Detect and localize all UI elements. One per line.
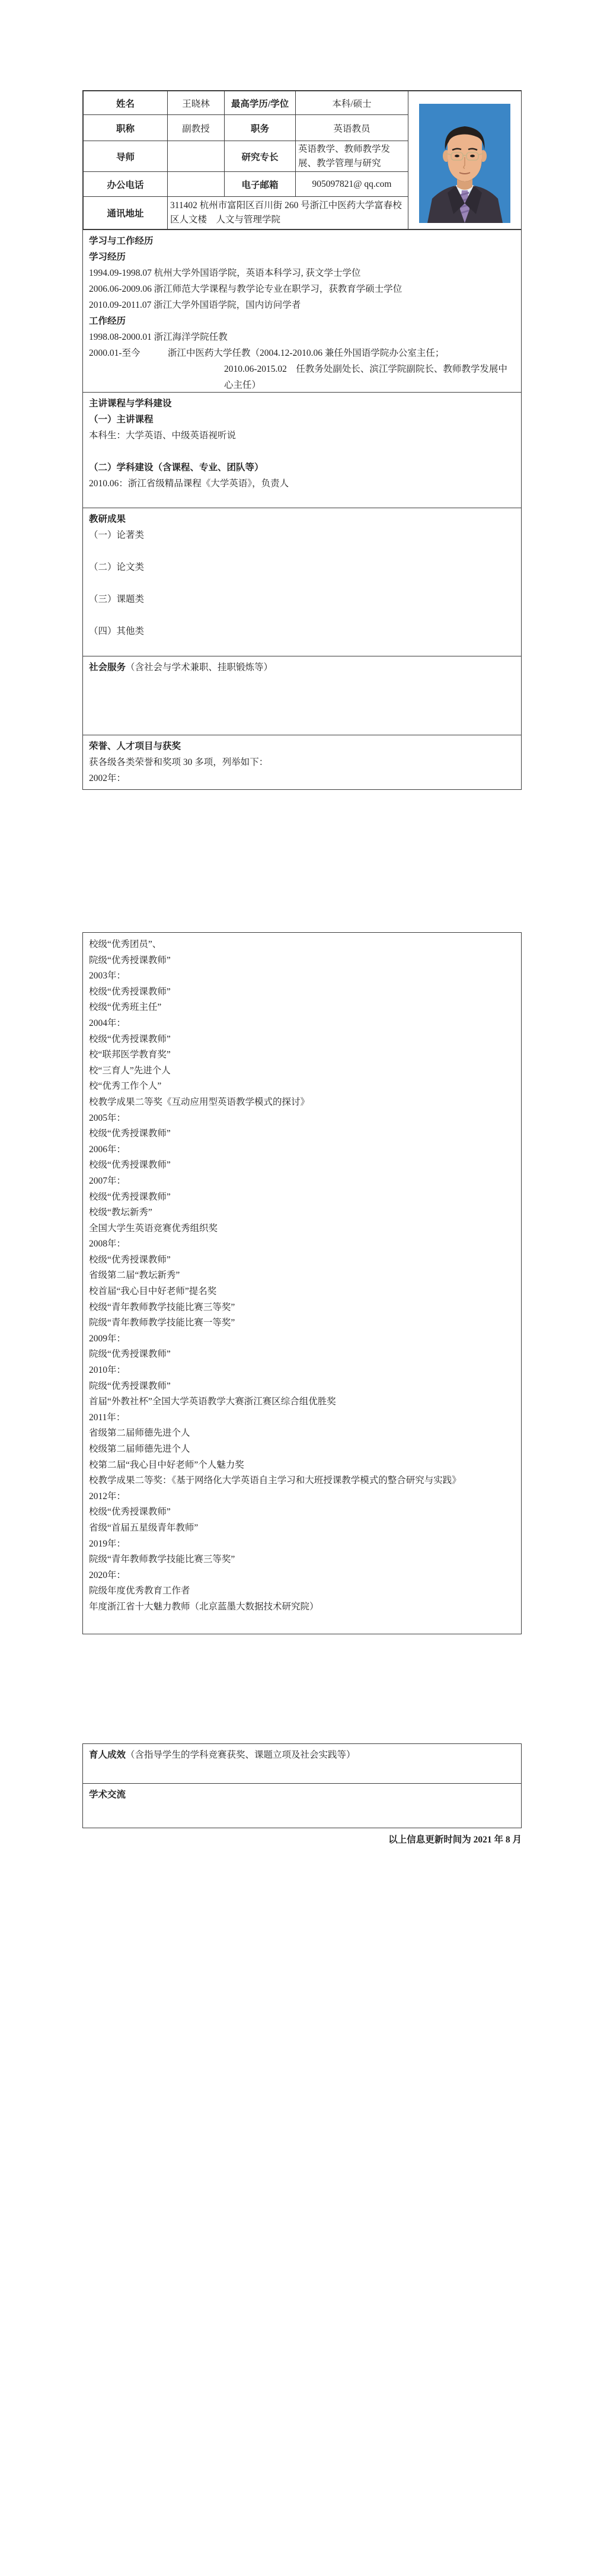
page2-honors-continued: 校级“优秀团员”、院级“优秀授课教师”2003年：校级“优秀授课教师”校级“优秀… <box>82 932 522 1634</box>
section-title: 社会服务 <box>89 662 126 672</box>
text-line: 校级“优秀授课教师” <box>89 1032 515 1048</box>
text-line: 2019年： <box>89 1536 515 1552</box>
text-line <box>89 543 515 559</box>
text-line: 2004年： <box>89 1016 515 1032</box>
text-line <box>89 444 515 460</box>
text-line: 校级“教坛新秀” <box>89 1205 515 1221</box>
text-line: 2003年： <box>89 968 515 984</box>
section-courses: 主讲课程与学科建设 （一）主讲课程本科生：大学英语、中级英语视听说（二）学科建设… <box>83 392 521 508</box>
section-title: 荣誉、人才项目与获奖 <box>89 738 515 754</box>
text-line: 2010.06-2015.02 任教务处副处长、滨江学院副院长、教师教学发展中 <box>89 361 515 377</box>
resume-sheet: 姓名 王晓林 最高学历/学位 本科/硕士 <box>0 0 607 2576</box>
text-line: 校级“优秀授课教师” <box>89 1252 515 1268</box>
degree-label: 最高学历/学位 <box>225 91 296 115</box>
section-title-note: （含指导学生的学科竞赛获奖、课题立项及社会实践等） <box>126 1750 356 1760</box>
text-line: 省级第二届“教坛新秀” <box>89 1268 515 1284</box>
text-line: 校教学成果二等奖《互动应用型英语教学模式的探讨》 <box>89 1095 515 1111</box>
text-line: 校级“优秀团员”、 <box>89 937 515 953</box>
text-line: 院级“青年教师教学技能比赛一等奖” <box>89 1315 515 1331</box>
text-line: 学习经历 <box>89 249 515 265</box>
text-line: 全国大学生英语竞赛优秀组织奖 <box>89 1221 515 1237</box>
mentor-value <box>168 141 225 172</box>
text-line: 校级第二届师德先进个人 <box>89 1442 515 1458</box>
text-line: 首届“外教社杯”全国大学英语教学大赛浙江赛区综合组优胜奖 <box>89 1394 515 1410</box>
title-value: 副教授 <box>168 115 225 141</box>
text-line: 校“优秀工作个人” <box>89 1079 515 1095</box>
text-line: 2002年： <box>89 770 515 786</box>
profile-photo <box>419 104 510 223</box>
text-line: 2010.09-2011.07 浙江大学外国语学院，国内访问学者 <box>89 297 515 313</box>
text-line: 校级“优秀授课教师” <box>89 1504 515 1520</box>
section-title: 育人成效 <box>89 1750 126 1760</box>
email-value: 905097821@ qq.com <box>296 172 408 197</box>
text-line: 校级“优秀授课教师” <box>89 1158 515 1174</box>
text-line: 2010年： <box>89 1363 515 1379</box>
text-line: 院级“优秀授课教师” <box>89 953 515 969</box>
text-line: 2006年： <box>89 1142 515 1158</box>
section-academic-exchange: 学术交流 <box>82 1784 522 1828</box>
text-line: 省级第二届师德先进个人 <box>89 1426 515 1442</box>
text-line: 2008年： <box>89 1236 515 1252</box>
section-title: 主讲课程与学科建设 <box>89 396 515 412</box>
section-body: 校级“优秀团员”、院级“优秀授课教师”2003年：校级“优秀授课教师”校级“优秀… <box>89 937 515 1615</box>
section-honors: 荣誉、人才项目与获奖 获各级各类荣誉和奖项 30 多项，列举如下：2002年： <box>83 735 521 789</box>
address-label: 通讯地址 <box>84 197 168 229</box>
text-line: 院级年度优秀教育工作者 <box>89 1583 515 1599</box>
text-line: （四）其他类 <box>89 623 515 639</box>
text-line: 获各级各类荣誉和奖项 30 多项，列举如下： <box>89 754 515 770</box>
text-line: 校级“青年教师教学技能比赛三等奖” <box>89 1300 515 1316</box>
text-line: 院级“优秀授课教师” <box>89 1379 515 1395</box>
text-line: 校级“优秀授课教师” <box>89 1190 515 1206</box>
text-line: 校“联邦医学教育奖” <box>89 1047 515 1063</box>
text-line <box>89 607 515 623</box>
section-study-work: 学习与工作经历 学习经历1994.09-1998.07 杭州大学外国语学院，英语… <box>83 229 521 392</box>
text-line: 2007年： <box>89 1174 515 1190</box>
title-label: 职称 <box>84 115 168 141</box>
text-line: 2010.06：浙江省级精品课程《大学英语》，负责人 <box>89 476 515 492</box>
photo-cell <box>408 91 522 229</box>
degree-value: 本科/硕士 <box>296 91 408 115</box>
text-line: 校第二届“我心目中好老师”个人魅力奖 <box>89 1458 515 1474</box>
name-value: 王晓林 <box>168 91 225 115</box>
text-line: 校级“优秀班主任” <box>89 1000 515 1016</box>
text-line: 1998.08-2000.01 浙江海洋学院任教 <box>89 329 515 345</box>
profile-info-table: 姓名 王晓林 最高学历/学位 本科/硕士 <box>83 91 522 229</box>
text-line: 年度浙江省十大魅力教师（北京蓝墨大数据技术研究院） <box>89 1599 515 1615</box>
text-line: 2005年： <box>89 1111 515 1127</box>
text-line: 校级“优秀授课教师” <box>89 984 515 1000</box>
text-line: 2009年： <box>89 1331 515 1347</box>
update-time-note: 以上信息更新时间为 2021 年 8 月 <box>82 1832 522 1845</box>
text-line: （三）课题类 <box>89 591 515 607</box>
text-line: 校首届“我心目中好老师”提名奖 <box>89 1284 515 1300</box>
name-label: 姓名 <box>84 91 168 115</box>
phone-label: 办公电话 <box>84 172 168 197</box>
section-body: 学习经历1994.09-1998.07 杭州大学外国语学院，英语本科学习, 获文… <box>89 249 515 392</box>
text-line: 心主任） <box>89 377 515 392</box>
post-value: 英语教员 <box>296 115 408 141</box>
address-value: 311402 杭州市富阳区百川街 260 号浙江中医药大学富春校区人文楼 人文与… <box>168 197 408 229</box>
text-line <box>89 575 515 591</box>
text-line: 2012年： <box>89 1489 515 1505</box>
section-title-note: （含社会与学术兼职、挂职锻炼等） <box>126 662 273 672</box>
text-line: 2000.01-至今 浙江中医药大学任教（2004.12-2010.06 兼任外… <box>89 345 515 361</box>
text-line: 校“三育人”先进个人 <box>89 1063 515 1079</box>
text-line: 院级“青年教师教学技能比赛三等奖” <box>89 1552 515 1568</box>
text-line: 校级“优秀授课教师” <box>89 1126 515 1142</box>
section-title-line: 社会服务（含社会与学术兼职、挂职锻炼等） <box>89 659 515 675</box>
section-title: 学术交流 <box>89 1787 515 1803</box>
phone-value <box>168 172 225 197</box>
page3-table: 育人成效（含指导学生的学科竞赛获奖、课题立项及社会实践等） 学术交流 <box>82 1743 522 1828</box>
section-body: 获各级各类荣誉和奖项 30 多项，列举如下：2002年： <box>89 754 515 786</box>
email-label: 电子邮箱 <box>225 172 296 197</box>
text-line: （一）论著类 <box>89 527 515 543</box>
mentor-label: 导师 <box>84 141 168 172</box>
section-education-effect: 育人成效（含指导学生的学科竞赛获奖、课题立项及社会实践等） <box>82 1743 522 1784</box>
text-line: 2006.06-2009.06 浙江师范大学课程与教学论专业在职学习，获教育学硕… <box>89 281 515 297</box>
text-line: 院级“优秀授课教师” <box>89 1347 515 1363</box>
text-line: 工作经历 <box>89 313 515 329</box>
text-line: 本科生：大学英语、中级英语视听说 <box>89 428 515 444</box>
page1-table: 姓名 王晓林 最高学历/学位 本科/硕士 <box>82 90 522 790</box>
section-title-line: 育人成效（含指导学生的学科竞赛获奖、课题立项及社会实践等） <box>89 1747 515 1763</box>
post-label: 职务 <box>225 115 296 141</box>
text-line: 2011年： <box>89 1410 515 1426</box>
section-social-service: 社会服务（含社会与学术兼职、挂职锻炼等） <box>83 656 521 735</box>
section-title: 教研成果 <box>89 511 515 527</box>
text-line: 校教学成果二等奖：《基于网络化大学英语自主学习和大班授课教学模式的整合研究与实践… <box>89 1473 515 1489</box>
text-line: 1994.09-1998.07 杭州大学外国语学院，英语本科学习, 获文学士学位 <box>89 265 515 281</box>
text-line: （二）学科建设（含课程、专业、团队等） <box>89 460 515 476</box>
text-line: （二）论文类 <box>89 559 515 575</box>
section-title: 学习与工作经历 <box>89 233 515 249</box>
text-line: （一）主讲课程 <box>89 412 515 428</box>
text-line: 2020年： <box>89 1568 515 1584</box>
specialty-value: 英语教学、教师教学发展、教学管理与研究 <box>296 141 408 172</box>
section-body: （一）论著类（二）论文类（三）课题类（四）其他类 <box>89 527 515 639</box>
specialty-label: 研究专长 <box>225 141 296 172</box>
section-body: （一）主讲课程本科生：大学英语、中级英语视听说（二）学科建设（含课程、专业、团队… <box>89 412 515 492</box>
text-line: 省级“首届五星级青年教师” <box>89 1520 515 1536</box>
section-achievements: 教研成果 （一）论著类（二）论文类（三）课题类（四）其他类 <box>83 508 521 656</box>
